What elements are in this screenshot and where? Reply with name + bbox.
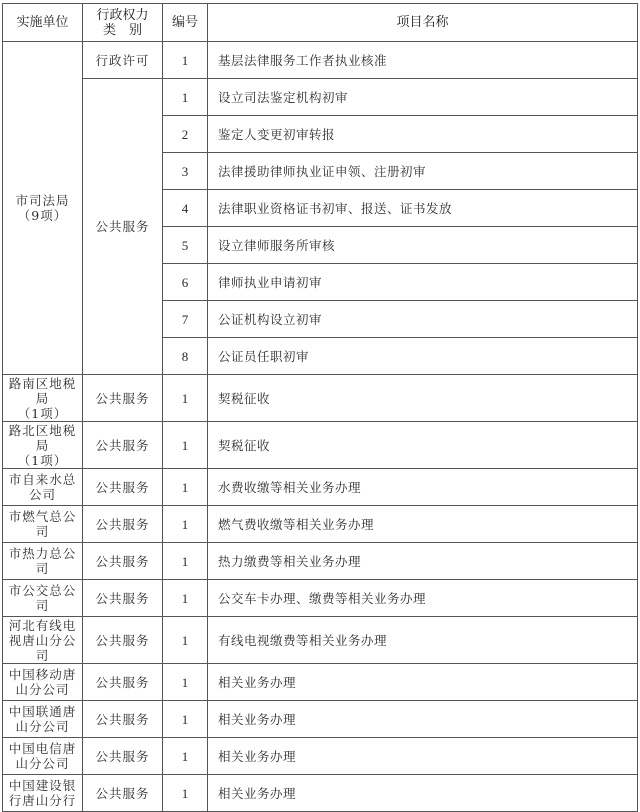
unit-line: （1项） — [5, 406, 80, 421]
table-row: 中国移动唐 山分公司 公共服务 1 相关业务办理 — [3, 664, 638, 701]
number-cell: 8 — [163, 338, 208, 375]
header-unit: 实施单位 — [3, 4, 83, 42]
category-cell: 公共服务 — [83, 375, 163, 422]
category-cell: 公共服务 — [83, 79, 163, 375]
item-cell: 热力缴费等相关业务办理 — [208, 543, 638, 580]
item-cell: 设立律师服务所审核 — [208, 227, 638, 264]
unit-line: 路南区地税 — [5, 376, 80, 391]
table-row: 市热力总公 司 公共服务 1 热力缴费等相关业务办理 — [3, 543, 638, 580]
item-cell: 法律援助律师执业证申领、注册初审 — [208, 153, 638, 190]
unit-line: 公司 — [5, 487, 80, 502]
item-cell: 公证机构设立初审 — [208, 301, 638, 338]
number-cell: 1 — [163, 506, 208, 543]
table-row: 路北区地税 局 （1项） 公共服务 1 契税征收 — [3, 422, 638, 469]
number-cell: 4 — [163, 190, 208, 227]
table-header-row: 实施单位 行政权力 类 别 编号 项目名称 — [3, 4, 638, 42]
category-cell: 公共服务 — [83, 617, 163, 664]
category-cell: 公共服务 — [83, 738, 163, 775]
unit-cell: 中国联通唐 山分公司 — [3, 701, 83, 738]
item-cell: 公证员任职初审 — [208, 338, 638, 375]
item-cell: 相关业务办理 — [208, 664, 638, 701]
unit-line: 司 — [5, 648, 80, 663]
unit-line: 市自来水总 — [5, 472, 80, 487]
unit-line: 局 — [5, 391, 80, 406]
unit-line: 中国建设银 — [5, 778, 80, 793]
number-cell: 5 — [163, 227, 208, 264]
unit-line: （1项） — [5, 453, 80, 468]
header-category: 行政权力 类 别 — [83, 4, 163, 42]
item-cell: 契税征收 — [208, 375, 638, 422]
item-cell: 律师执业申请初审 — [208, 264, 638, 301]
number-cell: 2 — [163, 116, 208, 153]
unit-line: 市燃气总公 — [5, 509, 80, 524]
unit-cell: 路南区地税 局 （1项） — [3, 375, 83, 422]
unit-line: 中国联通唐 — [5, 704, 80, 719]
unit-cell: 市公交总公 司 — [3, 580, 83, 617]
number-cell: 1 — [163, 469, 208, 506]
table-row: 中国建设银 行唐山分行 公共服务 1 相关业务办理 — [3, 775, 638, 812]
item-cell: 法律职业资格证书初审、报送、证书发放 — [208, 190, 638, 227]
category-cell: 公共服务 — [83, 775, 163, 812]
number-cell: 1 — [163, 617, 208, 664]
category-cell: 公共服务 — [83, 422, 163, 469]
category-cell: 公共服务 — [83, 664, 163, 701]
unit-line: 山分公司 — [5, 756, 80, 771]
number-cell: 1 — [163, 664, 208, 701]
category-cell: 公共服务 — [83, 543, 163, 580]
item-cell: 有线电视缴费等相关业务办理 — [208, 617, 638, 664]
unit-cell: 市燃气总公 司 — [3, 506, 83, 543]
unit-cell: 中国移动唐 山分公司 — [3, 664, 83, 701]
unit-line: 视唐山分公 — [5, 633, 80, 648]
number-cell: 1 — [163, 79, 208, 116]
unit-cell: 市热力总公 司 — [3, 543, 83, 580]
unit-line: 路北区地税 — [5, 423, 80, 438]
number-cell: 1 — [163, 422, 208, 469]
category-cell: 公共服务 — [83, 701, 163, 738]
table-row: 公共服务 1 设立司法鉴定机构初审 — [3, 79, 638, 116]
table-row: 中国联通唐 山分公司 公共服务 1 相关业务办理 — [3, 701, 638, 738]
table-row: 市燃气总公 司 公共服务 1 燃气费收缴等相关业务办理 — [3, 506, 638, 543]
number-cell: 1 — [163, 738, 208, 775]
unit-cell: 路北区地税 局 （1项） — [3, 422, 83, 469]
table-row: 河北有线电 视唐山分公 司 公共服务 1 有线电视缴费等相关业务办理 — [3, 617, 638, 664]
table-row: 中国电信唐 山分公司 公共服务 1 相关业务办理 — [3, 738, 638, 775]
item-cell: 相关业务办理 — [208, 701, 638, 738]
number-cell: 1 — [163, 42, 208, 79]
item-cell: 基层法律服务工作者执业核准 — [208, 42, 638, 79]
header-category-line2: 类 别 — [83, 23, 162, 38]
unit-line: 司 — [5, 561, 80, 576]
table-row: 市自来水总 公司 公共服务 1 水费收缴等相关业务办理 — [3, 469, 638, 506]
unit-cell: 河北有线电 视唐山分公 司 — [3, 617, 83, 664]
unit-line: 行唐山分行 — [5, 793, 80, 808]
category-cell: 公共服务 — [83, 580, 163, 617]
unit-cell: 市自来水总 公司 — [3, 469, 83, 506]
unit-line: 中国移动唐 — [5, 667, 80, 682]
header-number: 编号 — [163, 4, 208, 42]
unit-line: 山分公司 — [5, 719, 80, 734]
unit-line: 局 — [5, 438, 80, 453]
table-row: 路南区地税 局 （1项） 公共服务 1 契税征收 — [3, 375, 638, 422]
number-cell: 1 — [163, 543, 208, 580]
unit-line: 市热力总公 — [5, 546, 80, 561]
unit-cell: 市司法局 （9项） — [3, 42, 83, 375]
item-cell: 鉴定人变更初审转报 — [208, 116, 638, 153]
table-row: 市司法局 （9项） 行政许可 1 基层法律服务工作者执业核准 — [3, 42, 638, 79]
unit-line: （9项） — [5, 208, 80, 223]
item-cell: 水费收缴等相关业务办理 — [208, 469, 638, 506]
item-cell: 设立司法鉴定机构初审 — [208, 79, 638, 116]
item-cell: 燃气费收缴等相关业务办理 — [208, 506, 638, 543]
unit-line: 中国电信唐 — [5, 741, 80, 756]
category-cell: 行政许可 — [83, 42, 163, 79]
number-cell: 3 — [163, 153, 208, 190]
item-cell: 公交车卡办理、缴费等相关业务办理 — [208, 580, 638, 617]
number-cell: 7 — [163, 301, 208, 338]
category-cell: 公共服务 — [83, 506, 163, 543]
number-cell: 6 — [163, 264, 208, 301]
number-cell: 1 — [163, 375, 208, 422]
unit-cell: 中国建设银 行唐山分行 — [3, 775, 83, 812]
unit-line: 司 — [5, 524, 80, 539]
unit-line: 市公交总公 — [5, 583, 80, 598]
item-cell: 契税征收 — [208, 422, 638, 469]
item-cell: 相关业务办理 — [208, 738, 638, 775]
header-category-line1: 行政权力 — [83, 8, 162, 23]
unit-line: 山分公司 — [5, 682, 80, 697]
category-cell: 公共服务 — [83, 469, 163, 506]
table-row: 市公交总公 司 公共服务 1 公交车卡办理、缴费等相关业务办理 — [3, 580, 638, 617]
number-cell: 1 — [163, 701, 208, 738]
number-cell: 1 — [163, 580, 208, 617]
service-items-table: 实施单位 行政权力 类 别 编号 项目名称 市司法局 （9项） 行政许可 1 基… — [2, 3, 638, 812]
unit-line: 市司法局 — [5, 193, 80, 208]
number-cell: 1 — [163, 775, 208, 812]
item-cell: 相关业务办理 — [208, 775, 638, 812]
unit-line: 司 — [5, 598, 80, 613]
unit-cell: 中国电信唐 山分公司 — [3, 738, 83, 775]
unit-line: 河北有线电 — [5, 618, 80, 633]
header-item: 项目名称 — [208, 4, 638, 42]
